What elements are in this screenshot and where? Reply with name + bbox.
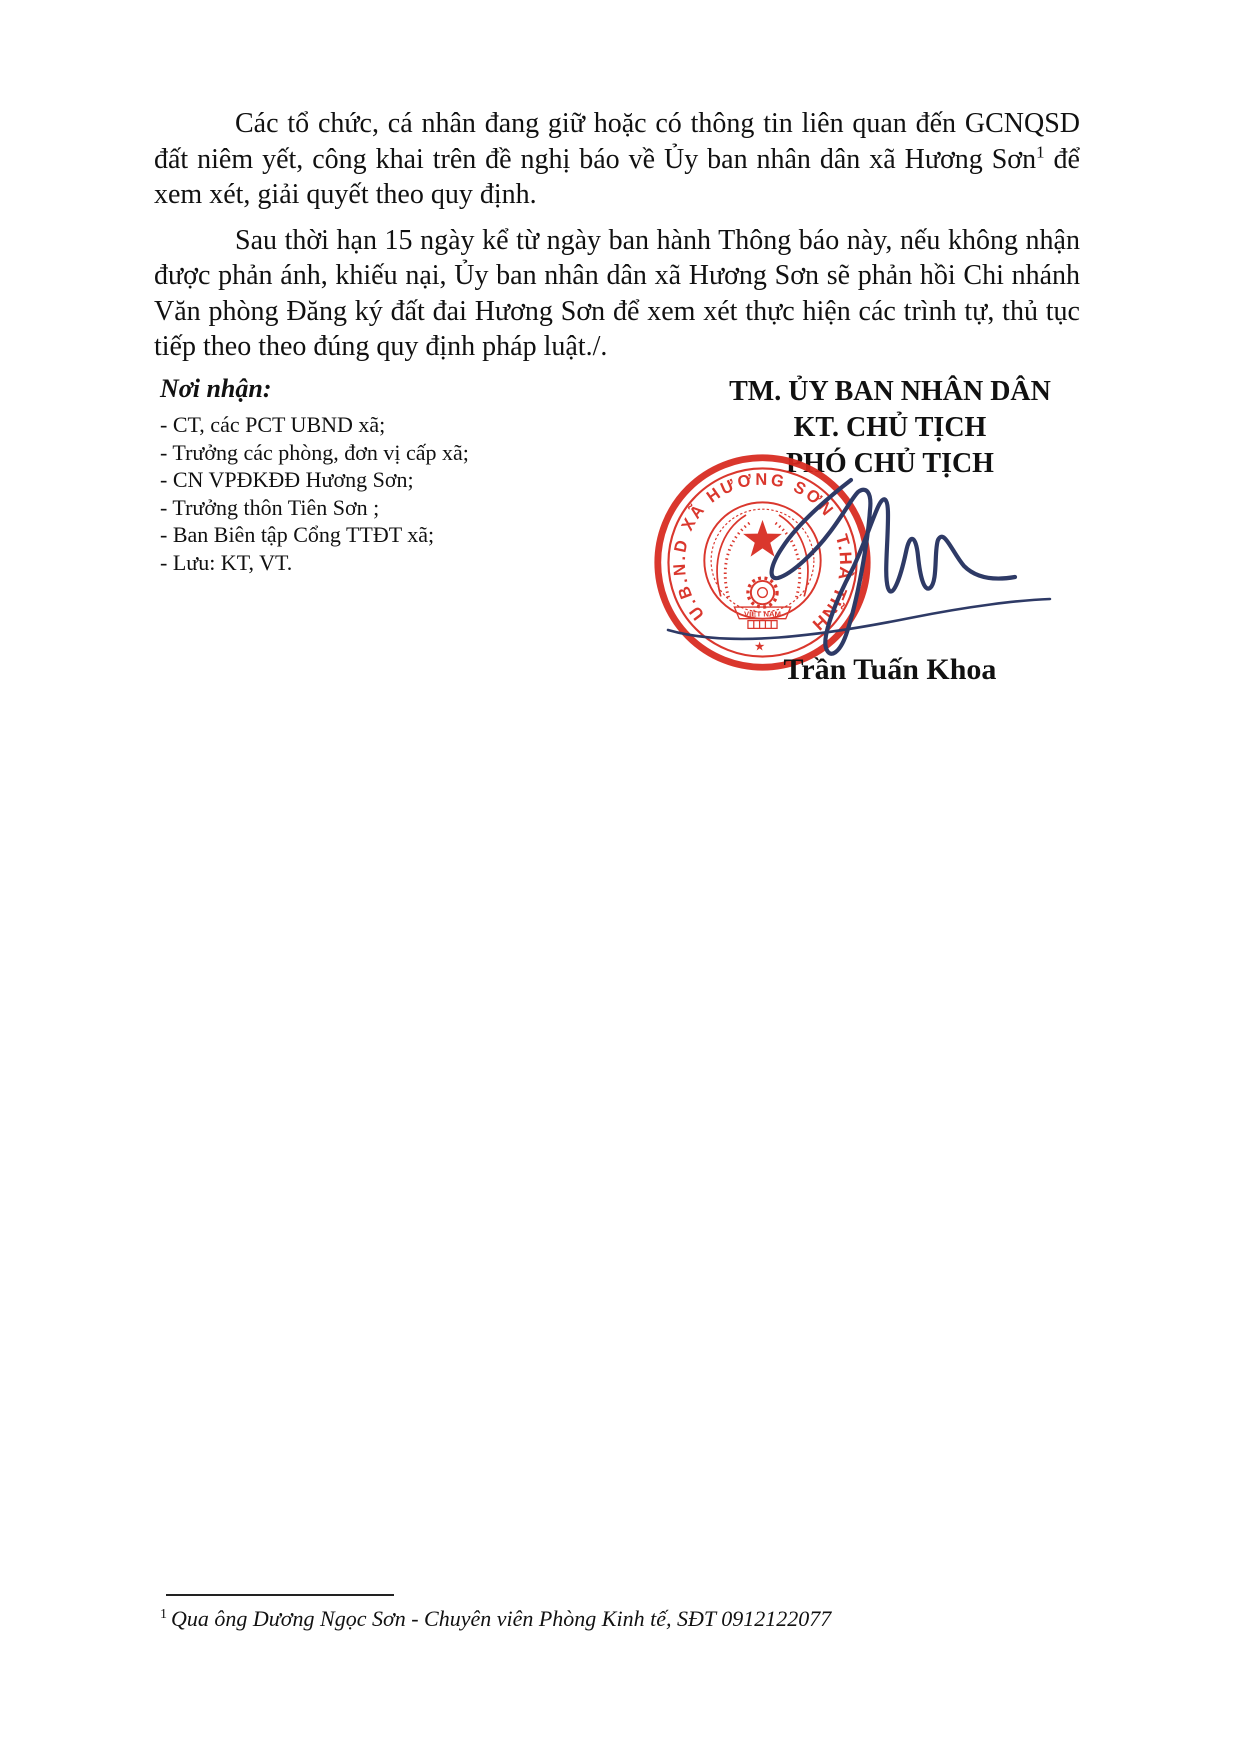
paragraph-2: Sau thời hạn 15 ngày kể từ ngày ban hành…	[154, 223, 1080, 365]
footnote-marker: 1	[160, 1607, 167, 1622]
footnote-separator	[166, 1594, 394, 1596]
authority-line-2: KT. CHỦ TỊCH	[620, 410, 1160, 446]
body-text: Các tổ chức, cá nhân đang giữ hoặc có th…	[154, 106, 1080, 365]
footnote-section: 1Qua ông Dương Ngọc Sơn - Chuyên viên Ph…	[160, 1586, 920, 1632]
recipient-item: - Trưởng thôn Tiên Sơn ;	[160, 494, 590, 522]
recipients-heading: Nơi nhận:	[160, 374, 590, 404]
footnote-body: Qua ông Dương Ngọc Sơn - Chuyên viên Phò…	[171, 1606, 831, 1631]
document-page: Các tổ chức, cá nhân đang giữ hoặc có th…	[0, 0, 1241, 1755]
authority-line-1: TM. ỦY BAN NHÂN DÂN	[620, 374, 1160, 410]
recipient-item: - Trưởng các phòng, đơn vị cấp xã;	[160, 439, 590, 467]
recipients-section: Nơi nhận: - CT, các PCT UBND xã; - Trưởn…	[160, 374, 590, 576]
paragraph-1: Các tổ chức, cá nhân đang giữ hoặc có th…	[154, 106, 1080, 213]
handwritten-signature	[640, 460, 1070, 680]
signer-name: Trần Tuấn Khoa	[620, 653, 1160, 687]
recipient-item: - CT, các PCT UBND xã;	[160, 411, 590, 439]
recipient-item: - Ban Biên tập Cổng TTĐT xã;	[160, 521, 590, 549]
signature-underline-stroke	[668, 599, 1050, 639]
recipient-item: - CN VPĐKĐĐ Hương Sơn;	[160, 466, 590, 494]
footnote-reference: 1	[1036, 142, 1045, 161]
footnote-text: 1Qua ông Dương Ngọc Sơn - Chuyên viên Ph…	[160, 1606, 920, 1632]
signature-stroke	[772, 480, 1015, 654]
recipient-item: - Lưu: KT, VT.	[160, 549, 590, 577]
paragraph-1-text: Các tổ chức, cá nhân đang giữ hoặc có th…	[154, 108, 1080, 175]
